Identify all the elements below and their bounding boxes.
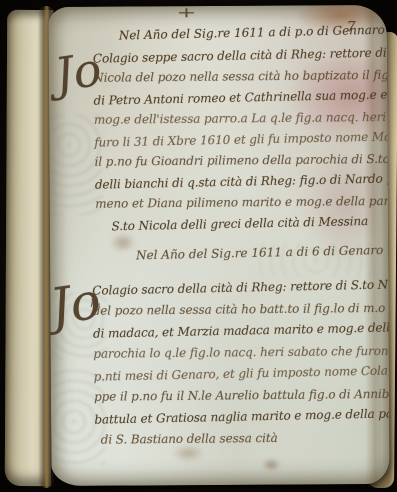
top-cross-mark: +: [176, 5, 196, 21]
entry-2-body: Colagio sacro della cità di Rheg: rettor…: [92, 277, 389, 454]
manuscript-page: + 7 Nel Año del Sig.re 1611 a di p.o di …: [49, 5, 390, 486]
entry-1-body: Colagio seppe sacro della cità di Rheg: …: [93, 45, 390, 239]
manuscript-photo: + 7 Nel Año del Sig.re 1611 a di p.o di …: [0, 0, 397, 492]
foxing-spot: [261, 458, 281, 472]
entry-1-heading: Nel Año del Sig.re 1611 a di p.o di Genn…: [119, 23, 355, 42]
manuscript-line: di S. Bastiano della sessa cità: [101, 429, 390, 454]
